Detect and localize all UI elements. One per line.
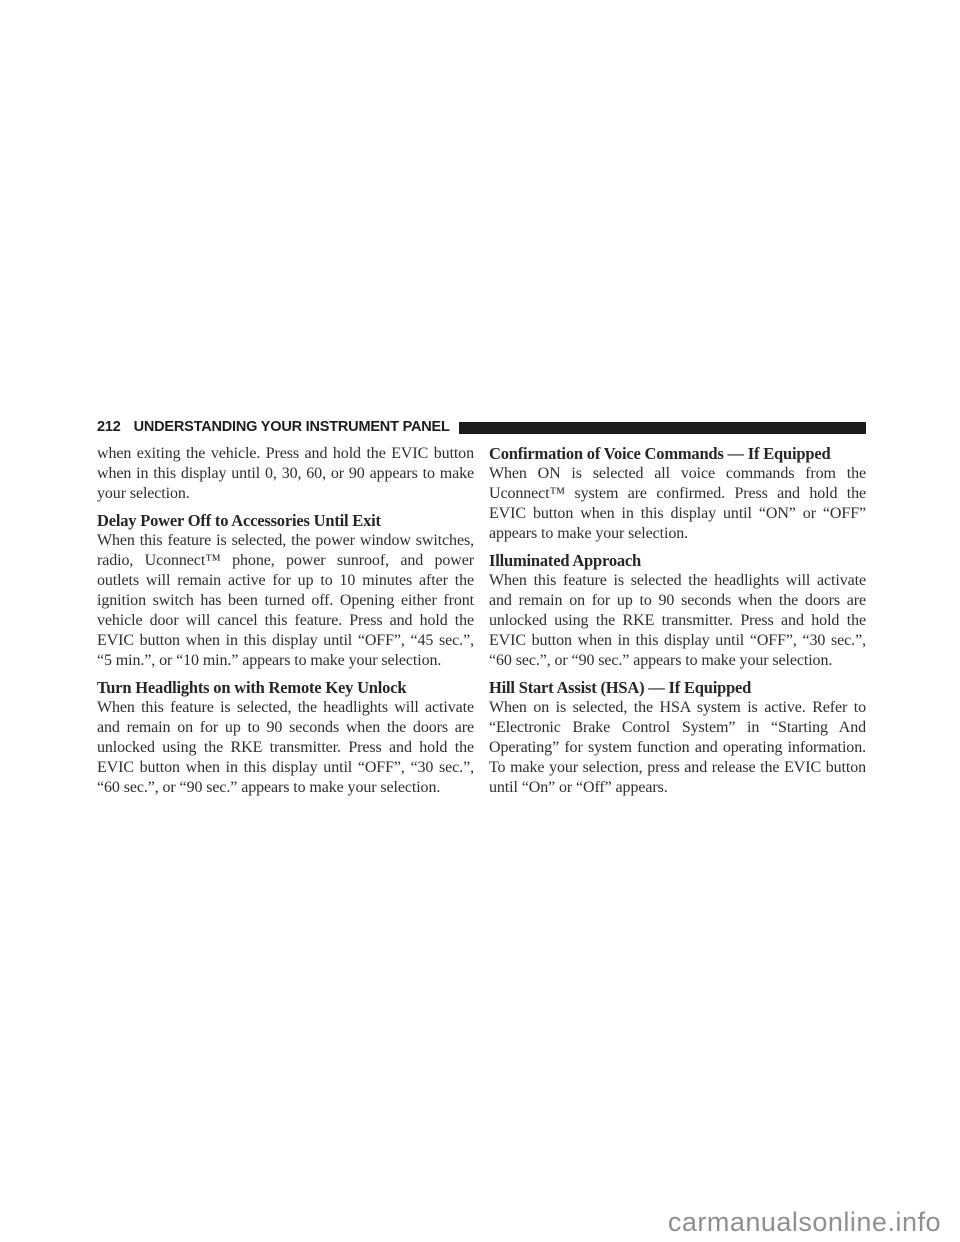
paragraph: When on is selected, the HSA system is a… <box>489 698 866 798</box>
watermark: carmanualsonline.info <box>668 1207 941 1238</box>
page-content: 212 UNDERSTANDING YOUR INSTRUMENT PANEL … <box>97 419 866 805</box>
paragraph: When ON is selected all voice commands f… <box>489 464 866 544</box>
page-header: 212 UNDERSTANDING YOUR INSTRUMENT PANEL <box>97 419 866 435</box>
paragraph-continuation: when exiting the vehicle. Press and hold… <box>97 444 474 504</box>
section-heading-illuminated-approach: Illuminated Approach <box>489 551 866 571</box>
header-rule-bar <box>459 422 866 434</box>
paragraph: When this feature is selected, the power… <box>97 531 474 671</box>
left-column: when exiting the vehicle. Press and hold… <box>97 444 474 805</box>
section-heading-turn-headlights: Turn Headlights on with Remote Key Unloc… <box>97 678 474 698</box>
paragraph: When this feature is selected the headli… <box>489 571 866 671</box>
right-column: Confirmation of Voice Commands — If Equi… <box>489 444 866 805</box>
section-heading-voice-commands: Confirmation of Voice Commands — If Equi… <box>489 444 866 464</box>
paragraph: When this feature is selected, the headl… <box>97 698 474 798</box>
two-column-layout: when exiting the vehicle. Press and hold… <box>97 444 866 805</box>
section-heading-delay-power-off: Delay Power Off to Accessories Until Exi… <box>97 511 474 531</box>
page-number: 212 <box>97 419 121 435</box>
chapter-title: UNDERSTANDING YOUR INSTRUMENT PANEL <box>134 419 450 435</box>
section-heading-hill-start-assist: Hill Start Assist (HSA) — If Equipped <box>489 678 866 698</box>
